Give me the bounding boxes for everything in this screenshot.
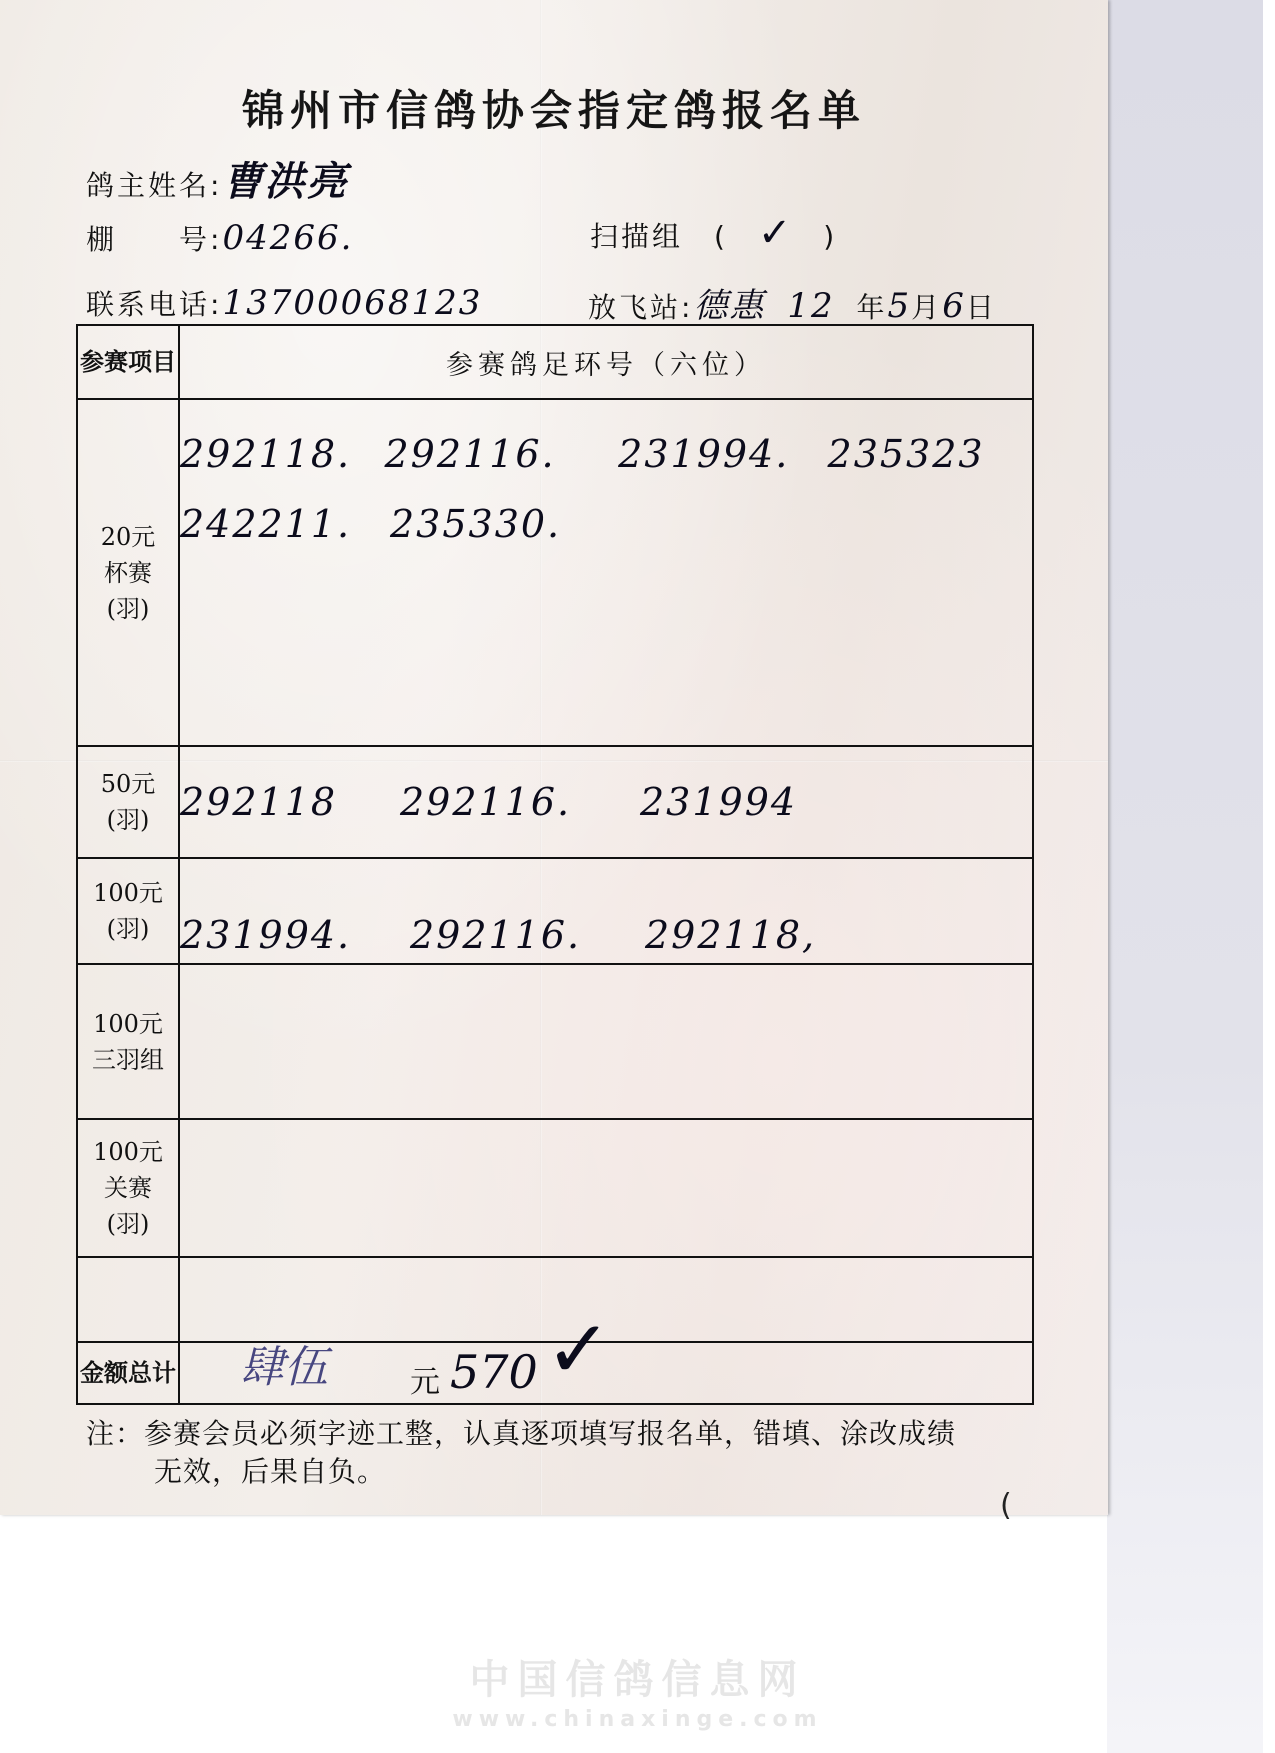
event-label-50: 50元 (羽) xyxy=(77,746,179,858)
event-label-100-three-bird: 100元 三羽组 xyxy=(77,964,179,1119)
date-day-unit: 日 xyxy=(966,291,997,324)
stray-pen-mark: ( xyxy=(1000,1488,1012,1523)
ring-number: 235330. xyxy=(390,502,600,546)
total-scribble: 肆伍 xyxy=(240,1331,328,1395)
release-station-field: 放飞站:德惠 12 年5月6日 xyxy=(588,278,997,327)
rings-column-header: 参赛鸽足环号（六位） xyxy=(179,325,1033,399)
scan-group-close: ) xyxy=(823,220,837,253)
form-note: 注：参赛会员必须字迹工整，认真逐项填写报名单，错填、涂改成绩 无效，后果自负。 xyxy=(86,1415,1076,1491)
total-cell: 肆伍 元 570 ✓ xyxy=(179,1342,1033,1404)
event-label-line: 100元 xyxy=(78,875,178,911)
ring-numbers-cell: 292118 292116. 231994 xyxy=(179,746,1033,858)
owner-name-label: 鸽主姓名: xyxy=(86,169,222,202)
event-label-line: (羽) xyxy=(78,911,178,947)
ring-number: 292116. xyxy=(400,780,640,824)
ring-line: 292118 292116. 231994 xyxy=(180,780,1032,824)
ring-line: 292118. 292116. 231994. 235323 xyxy=(180,432,1032,476)
ring-number: 235323 xyxy=(828,432,1032,476)
date-day: 6 xyxy=(942,286,966,326)
event-label-line: 100元 xyxy=(78,1006,178,1042)
watermark-title: 中国信鸽信息网 xyxy=(0,1648,1275,1705)
date-month-unit: 月 xyxy=(911,291,942,324)
table-row: 100元 三羽组 xyxy=(77,964,1033,1119)
release-station-label: 放飞站: xyxy=(588,291,693,324)
check-mark-icon: ✓ xyxy=(545,1303,612,1396)
event-label-line: 50元 xyxy=(78,766,178,802)
ring-numbers-cell-empty xyxy=(179,964,1033,1119)
note-line-1: 注：参赛会员必须字迹工整，认真逐项填写报名单，错填、涂改成绩 xyxy=(86,1417,956,1450)
total-row: 金额总计 肆伍 元 570 ✓ xyxy=(77,1342,1033,1404)
loft-number-field: 棚 号:04266. xyxy=(86,218,353,258)
scan-group-label: 扫描组 ( xyxy=(590,220,728,253)
event-label-100: 100元 (羽) xyxy=(77,858,179,964)
ring-number: 231994. xyxy=(180,913,410,957)
table-header-row: 参赛项目 参赛鸽足环号（六位） xyxy=(77,325,1033,399)
event-label-line: 100元 xyxy=(78,1134,178,1170)
total-label: 金额总计 xyxy=(77,1342,179,1404)
ring-line: 231994. 292116. 292118, xyxy=(180,913,1032,957)
check-mark-icon: ✓ xyxy=(758,210,794,256)
event-label-line: 三羽组 xyxy=(78,1042,178,1078)
event-label-line: 20元 xyxy=(78,519,178,555)
phone-value: 13700068123 xyxy=(222,283,482,323)
event-label-blank xyxy=(77,1257,179,1342)
ring-number: 231994. xyxy=(618,432,827,476)
ring-number: 292118, xyxy=(645,913,855,957)
total-amount: 570 xyxy=(450,1345,538,1399)
table-row: 50元 (羽) 292118 292116. 231994 xyxy=(77,746,1033,858)
ring-number: 292118 xyxy=(180,780,400,824)
event-label-line: (羽) xyxy=(78,802,178,838)
event-label-line: (羽) xyxy=(78,1206,178,1242)
scanner-background xyxy=(1107,0,1263,1753)
release-station-value: 德惠 xyxy=(693,286,765,326)
phone-label: 联系电话: xyxy=(86,288,222,321)
site-watermark: 中国信鸽信息网 www.chinaxinge.com xyxy=(0,1648,1275,1732)
ring-number: 242211. xyxy=(180,502,390,546)
event-label-line: 杯赛 xyxy=(78,555,178,591)
phone-field: 联系电话:13700068123 xyxy=(86,283,482,323)
total-currency: 元 xyxy=(410,1357,440,1401)
note-line-2: 无效，后果自负。 xyxy=(86,1453,1076,1491)
date-year-unit: 年 xyxy=(857,291,888,324)
registration-form-paper: 锦州市信鸽协会指定鸽报名单 鸽主姓名:曹洪亮 棚 号:04266. 扫描组 ( … xyxy=(0,0,1108,1515)
date-year: 12 xyxy=(787,286,834,326)
scan-group-field: 扫描组 ( ✓ ) xyxy=(590,210,837,256)
form-title: 锦州市信鸽协会指定鸽报名单 xyxy=(0,78,1108,138)
event-label-line: (羽) xyxy=(78,591,178,627)
table-row: 20元 杯赛 (羽) 292118. 292116. 231994. 23532… xyxy=(77,399,1033,746)
ring-number: 292118. xyxy=(180,432,384,476)
ring-number: 231994 xyxy=(640,780,850,824)
event-label-100-guan: 100元 关赛 (羽) xyxy=(77,1119,179,1257)
loft-number-label: 棚 号: xyxy=(86,223,222,256)
event-label-20-cup: 20元 杯赛 (羽) xyxy=(77,399,179,746)
table-row: 100元 关赛 (羽) xyxy=(77,1119,1033,1257)
table-row: 100元 (羽) 231994. 292116. 292118, xyxy=(77,858,1033,964)
ring-numbers-cell: 292118. 292116. 231994. 235323 242211. 2… xyxy=(179,399,1033,746)
ring-number: 292116. xyxy=(410,913,645,957)
event-column-header: 参赛项目 xyxy=(77,325,179,399)
ring-line: 242211. 235330. xyxy=(180,502,1032,546)
ring-number: 292116. xyxy=(384,432,618,476)
owner-name-field: 鸽主姓名:曹洪亮 xyxy=(86,150,348,207)
ring-numbers-cell-empty xyxy=(179,1119,1033,1257)
loft-number-value: 04266. xyxy=(222,218,353,258)
date-month: 5 xyxy=(888,286,912,326)
owner-name-value: 曹洪亮 xyxy=(222,158,348,205)
registration-table: 参赛项目 参赛鸽足环号（六位） 20元 杯赛 (羽) 292118. 29211… xyxy=(76,324,1034,1405)
ring-numbers-cell: 231994. 292116. 292118, xyxy=(179,858,1033,964)
watermark-url: www.chinaxinge.com xyxy=(0,1707,1275,1732)
event-label-line: 关赛 xyxy=(78,1170,178,1206)
